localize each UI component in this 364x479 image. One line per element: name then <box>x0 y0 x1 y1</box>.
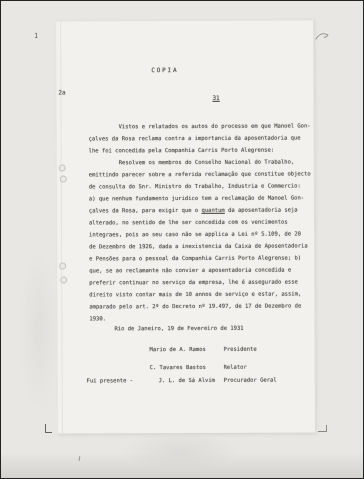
page-number: 31 <box>212 95 219 102</box>
body-line: preferir continuar no serviço da empresa… <box>89 276 315 289</box>
signature-row: C. Tavares Bastos Relator <box>58 364 315 375</box>
signature-name: C. Tavares Bastos <box>150 365 206 371</box>
signature-row: Mario de A. Ramos Presidente <box>58 346 315 357</box>
sheet-label: 2a <box>58 90 65 97</box>
frame-tick-mark <box>79 456 81 461</box>
body-line: Vistos e relatados os autos do processo … <box>89 120 315 133</box>
body-line: de Dezembro de 1926, dada a inexistencia… <box>89 240 315 253</box>
body-text: Vistos e relatados os autos do processo … <box>89 120 316 325</box>
body-line: integraes, pois ao seu caso não se appli… <box>89 228 315 241</box>
paper-stain <box>121 431 241 471</box>
frame-corner-mark-bottom-left <box>45 424 52 433</box>
body-line: 1930. <box>89 312 315 325</box>
signature-name: Mario de A. Ramos <box>150 347 206 353</box>
punch-hole <box>59 165 66 172</box>
punch-hole <box>60 176 67 183</box>
body-line: emittindo parecer sobre a referida recla… <box>89 168 315 181</box>
pencil-arc-mark <box>315 27 331 46</box>
body-line: lhe foi concedida pela Companhia Carris … <box>89 144 315 157</box>
body-line: amparado pelo art. 2º do Decreto nº 19.4… <box>89 300 315 313</box>
copy-heading: COPIA <box>151 67 178 74</box>
body-line: direito visto contar mais de 10 annos de… <box>89 288 315 301</box>
body-line: çalves da Rosa, para exigir que o quantu… <box>89 204 315 217</box>
signature-prefix: Fui presente - <box>87 378 133 384</box>
signature-role: Procurador Geral <box>224 378 277 384</box>
underlined-word: quantum <box>202 208 225 214</box>
scanned-document-frame: 1 COPIA 2a 31 Vistos e relatados os aut <box>0 0 364 479</box>
punch-hole <box>60 277 67 284</box>
body-line: e Pensões para o pessoal da Companhia Ca… <box>89 252 315 265</box>
body-line: de consulta do Snr. Ministro do Trabalho… <box>89 180 315 193</box>
punch-hole <box>59 263 66 270</box>
signature-role: Relator <box>224 365 247 371</box>
signature-name: J. L. de Sá Alvim <box>159 378 215 384</box>
frame-mark-top-left: 1 <box>34 32 39 40</box>
body-line: Resolvem os membros do Conselho Nacional… <box>89 156 315 169</box>
body-line-segment: da aposentadoria seja <box>225 208 298 214</box>
signature-row: Fui presente - J. L. de Sá Alvim Procura… <box>58 377 315 388</box>
body-line: que, se ao reclamante não convier a apos… <box>89 264 315 277</box>
dateline: Rio de Janeiro, 19 de Fevereiro de 1931 <box>114 326 243 333</box>
body-line: a) que nenhum fundamento juridico tem a … <box>89 192 315 205</box>
frame-corner-mark-bottom-right <box>318 425 327 432</box>
body-line: çalves da Rosa reclama contra a importan… <box>89 132 315 145</box>
paper-stain <box>19 251 59 411</box>
signature-role: Presidente <box>224 347 257 353</box>
body-line: alterado, no sentido de lhe ser concedid… <box>89 216 315 229</box>
body-line-segment: çalves da Rosa, para exigir que o <box>89 208 202 214</box>
document-page: COPIA 2a 31 Vistos e relatados os autos … <box>56 19 316 434</box>
